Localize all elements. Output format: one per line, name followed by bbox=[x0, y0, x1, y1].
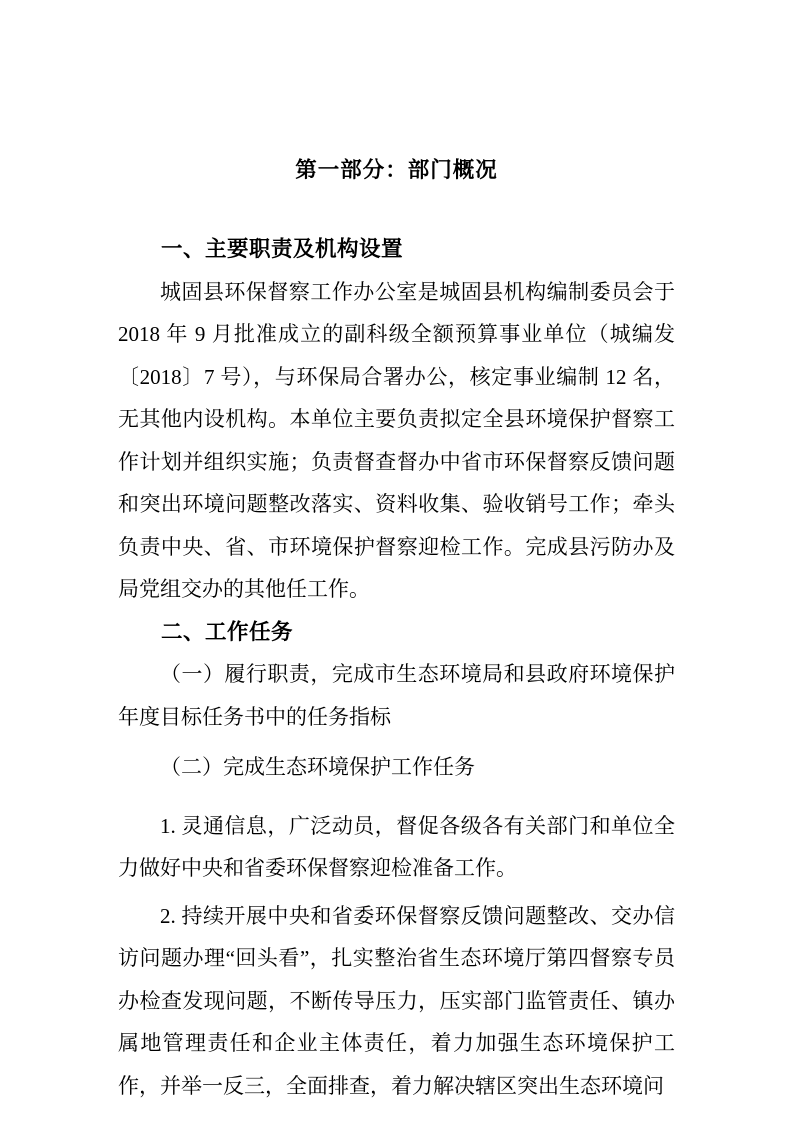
document-page: 第一部分：部门概况 一、主要职责及机构设置 城固县环保督察工作办公室是城固县机构… bbox=[0, 0, 793, 1122]
section-heading-tasks: 二、工作任务 bbox=[118, 611, 675, 654]
task-item-1: （一）履行职责，完成市生态环境局和县政府环境保护年度目标任务书中的任务指标 bbox=[118, 653, 675, 738]
task-item-2: （二）完成生态环境保护工作任务 bbox=[118, 746, 675, 789]
section-heading-duties: 一、主要职责及机构设置 bbox=[118, 228, 675, 271]
duties-paragraph: 城固县环保督察工作办公室是城固县机构编制委员会于 2018 年 9 月批准成立的… bbox=[118, 271, 675, 611]
task-item-2-sub-1: 1. 灵通信息，广泛动员，督促各级各有关部门和单位全力做好中央和省委环保督察迎检… bbox=[118, 805, 675, 890]
task-item-2-sub-2: 2. 持续开展中央和省委环保督察反馈问题整改、交办信访问题办理“回头看”，扎实整… bbox=[118, 895, 675, 1108]
document-title: 第一部分：部门概况 bbox=[118, 156, 675, 184]
